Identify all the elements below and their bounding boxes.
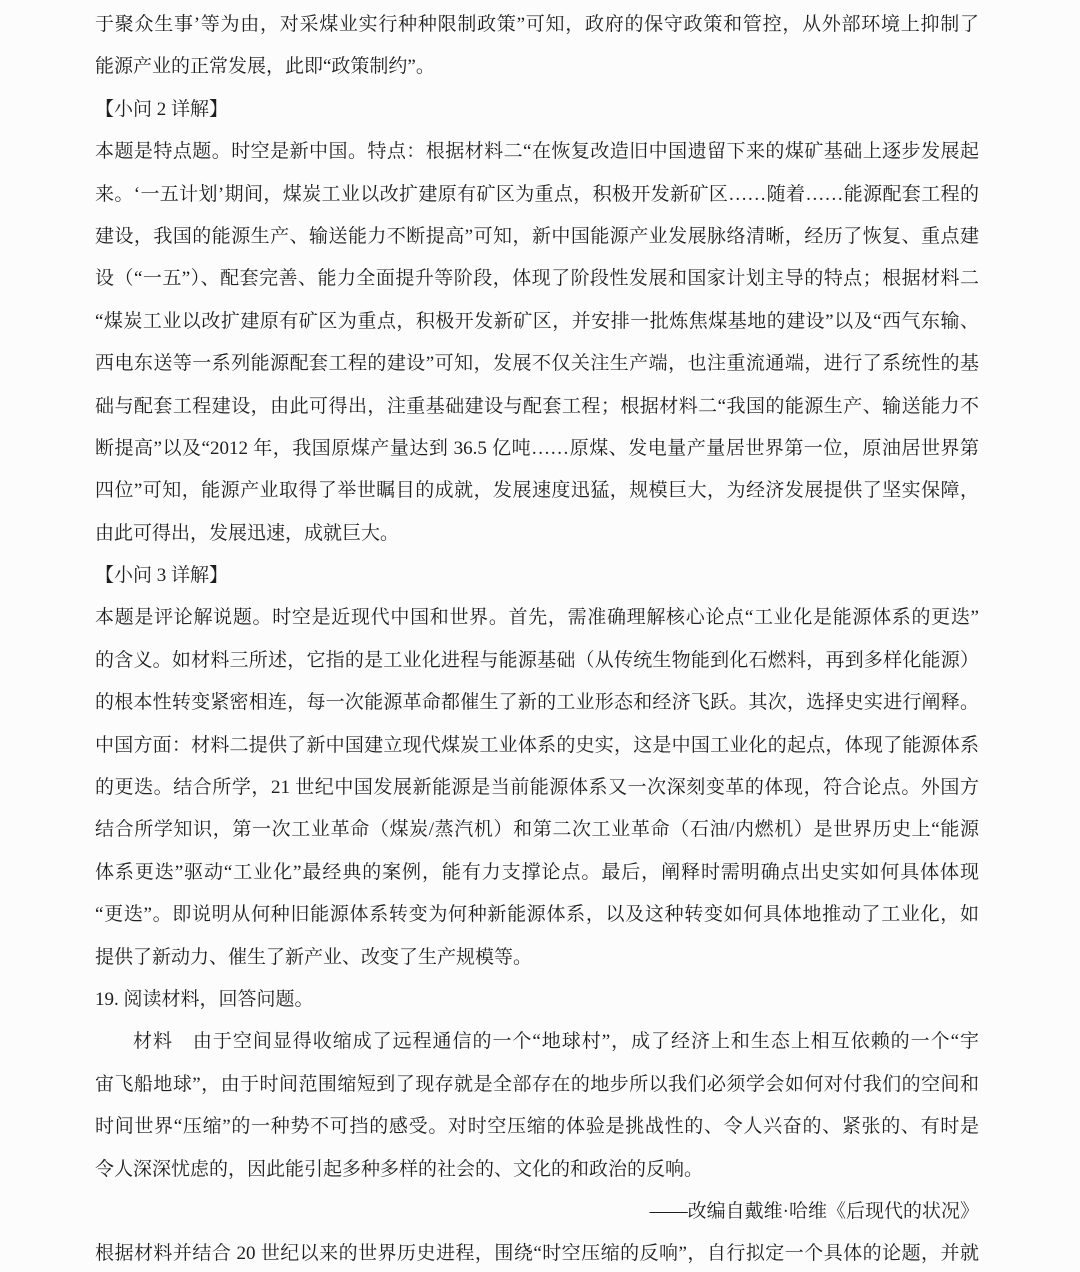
text-line: 的根本性转变紧密相连，每一次能源革命都催生了新的工业形态和经济飞跃。其次，选择史…	[95, 682, 979, 724]
text-line: 时间世界“压缩”的一种势不可挡的感受。对时空压缩的体验是挑战性的、令人兴奋的、紧…	[95, 1106, 979, 1148]
text-line: 宙飞船地球”，由于时间范围缩短到了现存就是全部存在的地步所以我们必须学会如何对付…	[95, 1064, 979, 1106]
text-line: 根据材料并结合 20 世纪以来的世界历史进程，围绕“时空压缩的反响”，自行拟定一…	[95, 1233, 979, 1272]
text-line: 体系更迭”驱动“工业化”最经典的案例，能有力支撑论点。最后，阐释时需明确点出史实…	[95, 852, 979, 894]
text-line: “煤炭工业以改扩建原有矿区为重点，积极开发新矿区，并安排一批炼焦煤基地的建设”以…	[95, 301, 979, 343]
text-line: 结合所学知识，第一次工业革命（煤炭/蒸汽机）和第二次工业革命（石油/内燃机）是世…	[95, 809, 979, 851]
text-line: 【小问 3 详解】	[95, 555, 979, 597]
text-line: 断提高”以及“2012 年，我国原煤产量达到 36.5 亿吨……原煤、发电量产量…	[95, 428, 979, 470]
text-line: 于聚众生事’等为由，对采煤业实行种种限制政策”可知，政府的保守政策和管控，从外部…	[95, 4, 979, 46]
text-line: 来。‘一五计划’期间，煤炭工业以改扩建原有矿区为重点，积极开发新矿区……随着………	[95, 174, 979, 216]
text-line: 建设，我国的能源生产、输送能力不断提高”可知，新中国能源产业发展脉络清晰，经历了…	[95, 216, 979, 258]
text-line: 设（“一五”）、配套完善、能力全面提升等阶段，体现了阶段性发展和国家计划主导的特…	[95, 258, 979, 300]
document-page: 于聚众生事’等为由，对采煤业实行种种限制政策”可知，政府的保守政策和管控，从外部…	[95, 0, 979, 1272]
text-line: 令人深深忧虑的，因此能引起多种多样的社会的、文化的和政治的反响。	[95, 1149, 979, 1191]
text-line: 能源产业的正常发展，此即“政策制约”。	[95, 46, 979, 88]
text-line: 由此可得出，发展迅速，成就巨大。	[95, 513, 979, 555]
text-line: 【小问 2 详解】	[95, 89, 979, 131]
text-line: 西电东送等一系列能源配套工程的建设”可知，发展不仅关注生产端，也注重流通端，进行…	[95, 343, 979, 385]
text-line: 材料 由于空间显得收缩成了远程通信的一个“地球村”，成了经济上和生态上相互依赖的…	[95, 1021, 979, 1063]
text-line: 本题是评论解说题。时空是近现代中国和世界。首先，需准确理解核心论点“工业化是能源…	[95, 597, 979, 639]
text-line: 19. 阅读材料，回答问题。	[95, 979, 979, 1021]
text-line: 提供了新动力、催生了新产业、改变了生产规模等。	[95, 937, 979, 979]
text-line: ——改编自戴维·哈维《后现代的状况》	[95, 1191, 979, 1233]
text-line: 的含义。如材料三所述，它指的是工业化进程与能源基础（从传统生物能到化石燃料，再到…	[95, 640, 979, 682]
text-line: “更迭”。即说明从何种旧能源体系转变为何种新能源体系，以及这种转变如何具体地推动…	[95, 894, 979, 936]
text-line: 的更迭。结合所学，21 世纪中国发展新能源是当前能源体系又一次深刻变革的体现，符…	[95, 767, 979, 809]
text-line: 中国方面：材料二提供了新中国建立现代煤炭工业体系的史实，这是中国工业化的起点，体…	[95, 725, 979, 767]
text-line: 本题是特点题。时空是新中国。特点：根据材料二“在恢复改造旧中国遗留下来的煤矿基础…	[95, 131, 979, 173]
text-line: 四位”可知，能源产业取得了举世瞩目的成就，发展速度迅猛，规模巨大，为经济发展提供…	[95, 470, 979, 512]
text-line: 础与配套工程建设，由此可得出，注重基础建设与配套工程；根据材料二“我国的能源生产…	[95, 386, 979, 428]
